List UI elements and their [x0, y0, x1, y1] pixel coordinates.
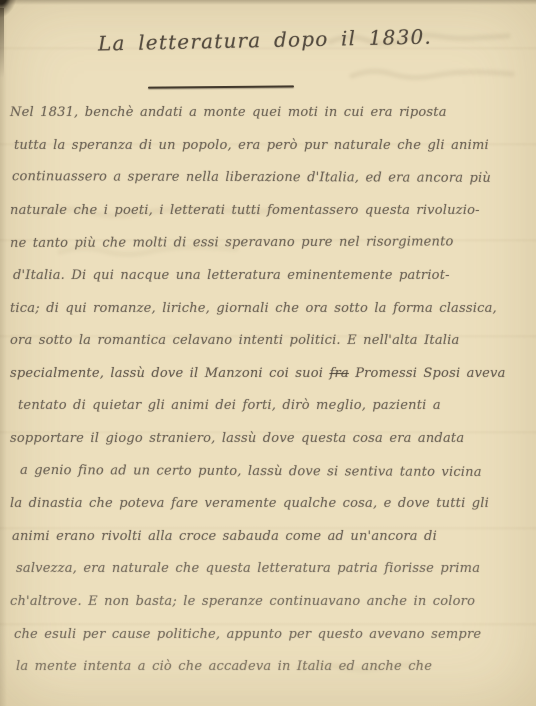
- handwritten-line: la dinastia che poteva fare veramente qu…: [10, 488, 532, 521]
- handwritten-line: che esuli per cause politiche, appunto p…: [10, 619, 532, 652]
- handwritten-line: animi erano rivolti alla croce sabauda c…: [10, 521, 532, 554]
- line-text-pre: specialmente, lassù dove il Manzoni coi …: [10, 366, 329, 381]
- handwritten-line: ne tanto più che molti di essi speravano…: [10, 226, 532, 260]
- handwritten-line: Nel 1831, benchè andati a monte quei mot…: [10, 97, 532, 130]
- handwritten-line: naturale che i poeti, i letterati tutti …: [10, 195, 532, 228]
- manuscript-body: Nel 1831, benchè andati a monte quei mot…: [10, 97, 532, 684]
- handwritten-line: la mente intenta a ciò che accadeva in I…: [10, 651, 532, 684]
- handwritten-line-with-strikeout: specialmente, lassù dove il Manzoni coi …: [10, 358, 532, 391]
- handwritten-line: a genio fino ad un certo punto, lassù do…: [10, 454, 532, 489]
- handwritten-line: ch'altrove. E non basta; le speranze con…: [10, 586, 532, 619]
- handwritten-line: salvezza, era naturale che questa letter…: [10, 553, 532, 586]
- handwritten-line: tutta la speranza di un popolo, era però…: [10, 130, 532, 163]
- handwritten-line: d'Italia. Di qui nacque una letteratura …: [10, 260, 532, 293]
- manuscript-page: La letteratura dopo il 1830. Nel 1831, b…: [0, 0, 536, 706]
- handwritten-line: continuassero a sperare nella liberazion…: [10, 161, 532, 195]
- handwritten-line: tentato di quietar gli animi dei forti, …: [10, 390, 532, 423]
- struck-word: fra: [329, 366, 348, 381]
- line-text-post: Promessi Sposi aveva: [349, 366, 506, 381]
- handwritten-line: sopportare il giogo straniero, lassù dov…: [10, 423, 532, 456]
- handwritten-line: ora sotto la romantica celavano intenti …: [10, 325, 532, 358]
- handwritten-line: tica; di qui romanze, liriche, giornali …: [10, 293, 532, 326]
